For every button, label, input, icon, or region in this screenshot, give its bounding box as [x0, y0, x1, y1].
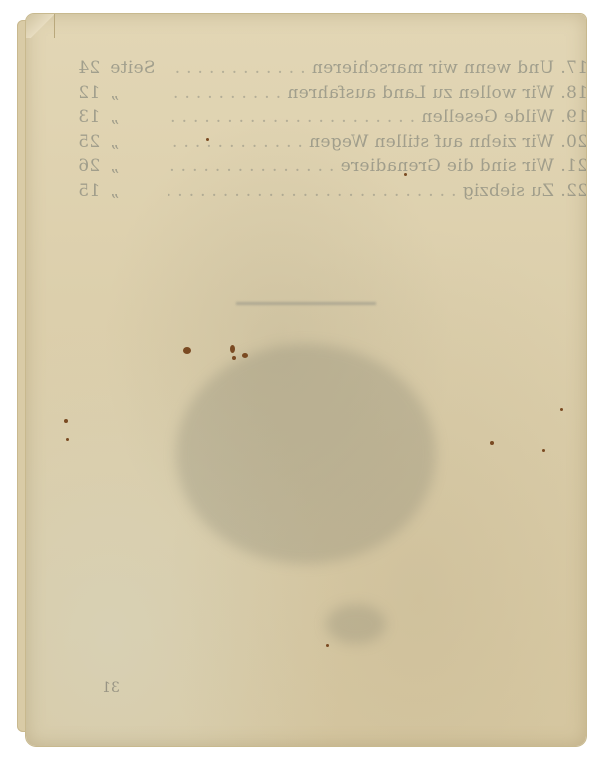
toc-entry-page: 25: [78, 130, 104, 155]
toc-entry: 18. Wir wollen zu Land ausfahren . . . .…: [78, 81, 586, 106]
toc-entry-prefix: Seite: [104, 56, 162, 81]
toc-entry-page: 13: [78, 105, 104, 130]
foxing-spot: [230, 345, 235, 353]
foxing-spot: [242, 353, 248, 358]
toc-leader-dots: . . . . . . . . . . . . . . . . . . . . …: [168, 179, 456, 204]
toc-entry-page: 26: [78, 154, 104, 179]
toc-entry-number: 21.: [554, 154, 586, 179]
toc-leader-dots: . . . . . . . . . . . . . . . . . . . . …: [168, 105, 415, 130]
toc-entry-page: 15: [78, 179, 104, 204]
foxing-spot: [183, 347, 191, 354]
foxing-spot: [490, 441, 494, 445]
page-number: 31: [102, 680, 120, 696]
toc-entry: 20. Wir ziehn auf stillen Wegen . . . . …: [78, 130, 586, 155]
toc-entry: 22. Zu siebzig . . . . . . . . . . . . .…: [78, 179, 586, 204]
table-of-contents-mirrored: 17. Und wenn wir marschieren . . . . . .…: [78, 56, 586, 203]
dirt-smudge: [326, 604, 386, 644]
toc-entry: 21. Wir sind die Grenadiere . . . . . . …: [78, 154, 586, 179]
toc-leader-dots: . . . . . . . . . . . . . . . . . . . . …: [168, 81, 281, 106]
toc-entry-title: Wir ziehn auf stillen Wegen: [309, 130, 554, 155]
toc-entry-title: Wilde Gesellen: [421, 105, 554, 130]
folded-corner: [26, 14, 55, 38]
toc-entry-number: 22.: [554, 179, 586, 204]
toc-entry-page: 24: [78, 56, 104, 81]
toc-entry-number: 18.: [554, 81, 586, 106]
toc-entry-prefix: „: [104, 179, 162, 204]
toc-entry-prefix: „: [104, 81, 162, 106]
toc-leader-dots: . . . . . . . . . . . . . . . . . . . . …: [168, 56, 306, 81]
toc-entry-prefix: „: [104, 154, 162, 179]
toc-entry-page: 12: [78, 81, 104, 106]
toc-entry-number: 20.: [554, 130, 586, 155]
toc-entry: 17. Und wenn wir marschieren . . . . . .…: [78, 56, 586, 81]
toc-entry-title: Wir wollen zu Land ausfahren: [287, 81, 554, 106]
foxing-spot: [560, 408, 563, 411]
foxing-spot: [66, 438, 69, 441]
toc-entry: 19. Wilde Gesellen . . . . . . . . . . .…: [78, 105, 586, 130]
foxing-spot: [542, 449, 545, 452]
toc-entry-title: Wir sind die Grenadiere: [340, 154, 554, 179]
foxing-spot: [64, 419, 68, 423]
dirt-smudge: [176, 344, 436, 564]
toc-leader-dots: . . . . . . . . . . . . . . . . . . . . …: [168, 130, 303, 155]
toc-entry-prefix: „: [104, 105, 162, 130]
toc-entry-prefix: „: [104, 130, 162, 155]
toc-leader-dots: . . . . . . . . . . . . . . . . . . . . …: [168, 154, 334, 179]
pencil-mark: [236, 302, 376, 305]
foxing-spot: [326, 644, 329, 647]
toc-entry-number: 17.: [554, 56, 586, 81]
toc-entry-title: Zu siebzig: [462, 179, 554, 204]
foxing-spot: [232, 356, 236, 360]
toc-entry-number: 19.: [554, 105, 586, 130]
scanned-booklet: 17. Und wenn wir marschieren . . . . . .…: [0, 0, 600, 758]
toc-entry-title: Und wenn wir marschieren: [312, 56, 554, 81]
booklet-page: 17. Und wenn wir marschieren . . . . . .…: [26, 14, 586, 746]
